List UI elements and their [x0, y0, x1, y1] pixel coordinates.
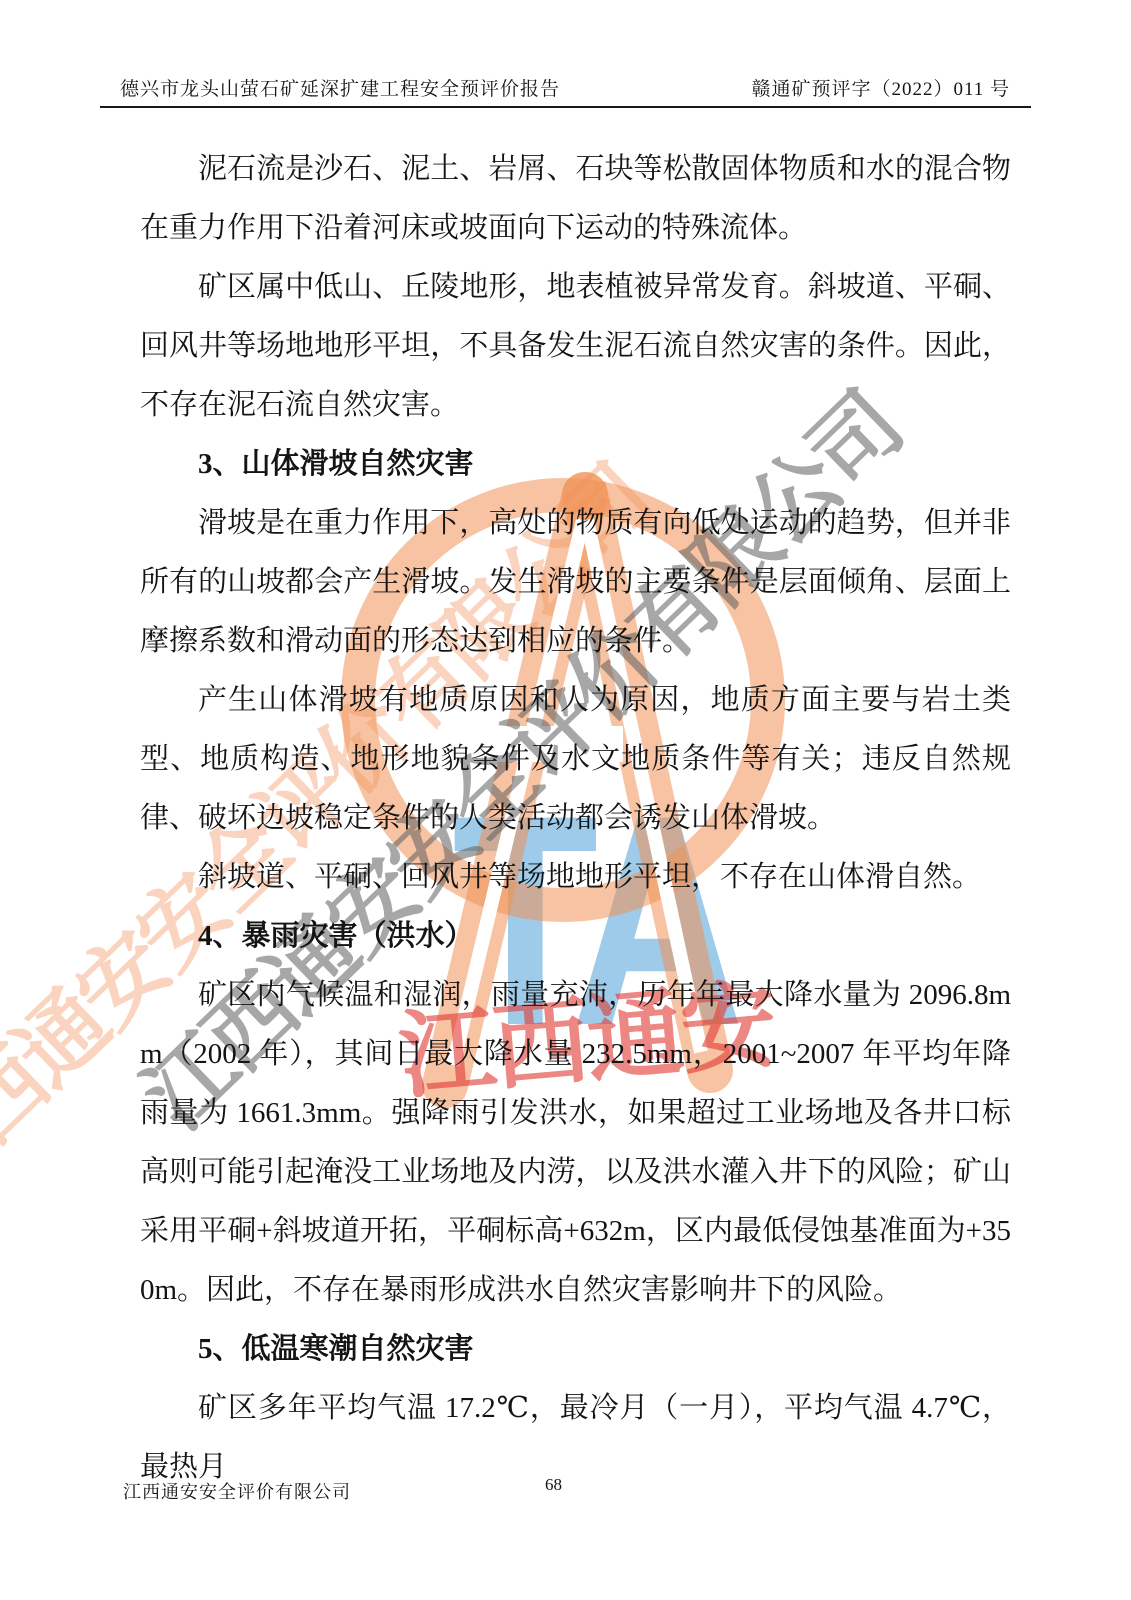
body-paragraph: 矿区内气候温和湿润，雨量充沛，历年年最大降水量为 2096.8mm（2002 年…: [140, 966, 1011, 1320]
section-heading: 4、暴雨灾害（洪水）: [140, 907, 1011, 966]
report-page: 江西通安安全评价有限公司 TA 江西通安安全评价有限公司 江西通安 德兴市龙头山…: [0, 0, 1131, 1600]
body-paragraph: 矿区属中低山、丘陵地形，地表植被异常发育。斜坡道、平硐、回风井等场地地形平坦，不…: [140, 258, 1011, 435]
page-header: 德兴市龙头山萤石矿延深扩建工程安全预评价报告 赣通矿预评字（2022）011 号: [120, 74, 1010, 101]
document-body: 泥石流是沙石、泥土、岩屑、石块等松散固体物质和水的混合物在重力作用下沿着河床或坡…: [140, 140, 1011, 1497]
header-rule: [100, 106, 1031, 108]
body-paragraph: 滑坡是在重力作用下，高处的物质有向低处运动的趋势，但并非所有的山坡都会产生滑坡。…: [140, 494, 1011, 671]
section-heading: 3、山体滑坡自然灾害: [140, 435, 1011, 494]
header-doc-number: 赣通矿预评字（2022）011 号: [751, 74, 1010, 101]
body-paragraph: 泥石流是沙石、泥土、岩屑、石块等松散固体物质和水的混合物在重力作用下沿着河床或坡…: [140, 140, 1011, 258]
page-number: 68: [545, 1475, 562, 1495]
header-report-title: 德兴市龙头山萤石矿延深扩建工程安全预评价报告: [120, 74, 560, 101]
footer-company: 江西通安安全评价有限公司: [123, 1478, 351, 1504]
body-paragraph: 产生山体滑坡有地质原因和人为原因，地质方面主要与岩土类型、地质构造、地形地貌条件…: [140, 671, 1011, 848]
section-heading: 5、低温寒潮自然灾害: [140, 1320, 1011, 1379]
body-paragraph: 斜坡道、平硐、回风井等场地地形平坦，不存在山体滑自然。: [140, 848, 1011, 907]
